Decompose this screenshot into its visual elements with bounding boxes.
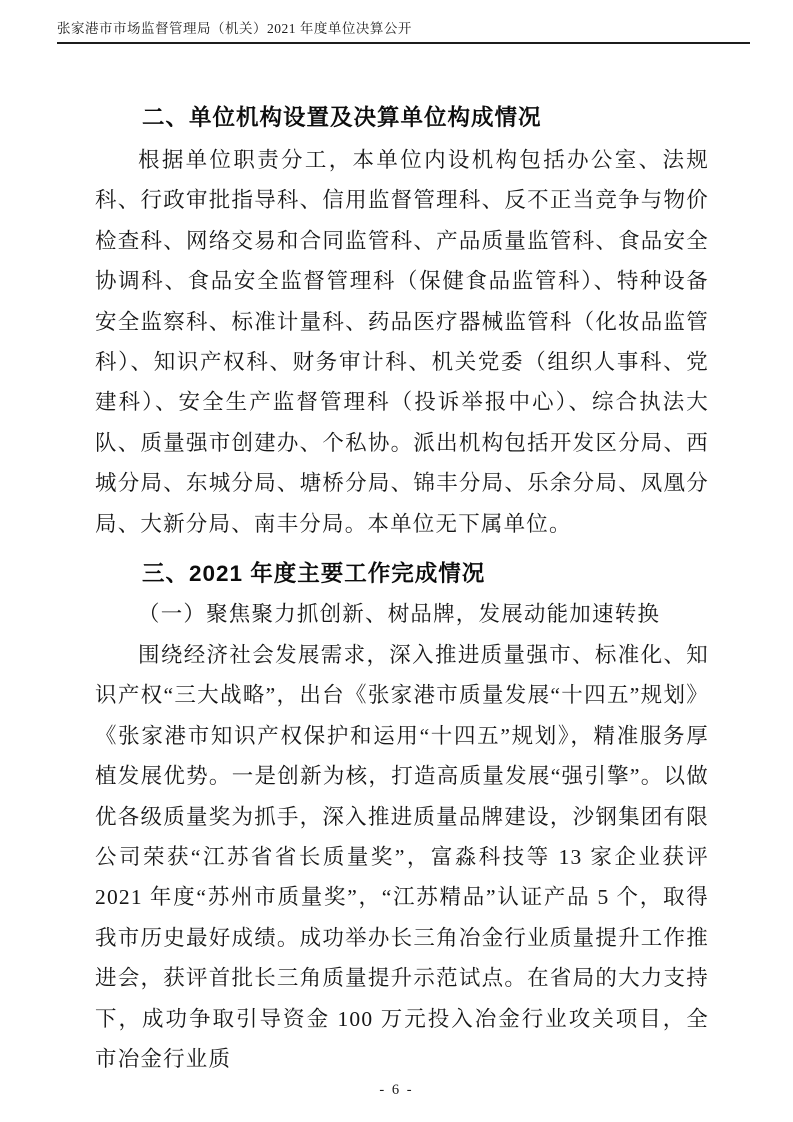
header-title: 张家港市市场监督管理局（机关）2021 年度单位决算公开 bbox=[57, 20, 750, 37]
section-heading-org: 二、单位机构设置及决算单位构成情况 bbox=[142, 104, 709, 132]
paragraph-org-structure: 根据单位职责分工，本单位内设机构包括办公室、法规科、行政审批指导科、信用监督管理… bbox=[95, 140, 709, 544]
section-heading-work: 三、2021 年度主要工作完成情况 bbox=[142, 554, 709, 594]
page-footer: - 6 - bbox=[0, 1080, 793, 1100]
subsection-heading-innovation: （一）聚焦聚力抓创新、树品牌，发展动能加速转换 bbox=[95, 594, 709, 634]
document-page: 张家港市市场监督管理局（机关）2021 年度单位决算公开 二、单位机构设置及决算… bbox=[0, 0, 793, 1122]
paragraph-work-summary: 围绕经济社会发展需求，深入推进质量强市、标准化、知识产权“三大战略”，出台《张家… bbox=[95, 635, 709, 1079]
page-header: 张家港市市场监督管理局（机关）2021 年度单位决算公开 bbox=[57, 20, 750, 44]
page-number: - 6 - bbox=[379, 1082, 413, 1098]
document-body: 二、单位机构设置及决算单位构成情况 根据单位职责分工，本单位内设机构包括办公室、… bbox=[95, 104, 709, 1079]
